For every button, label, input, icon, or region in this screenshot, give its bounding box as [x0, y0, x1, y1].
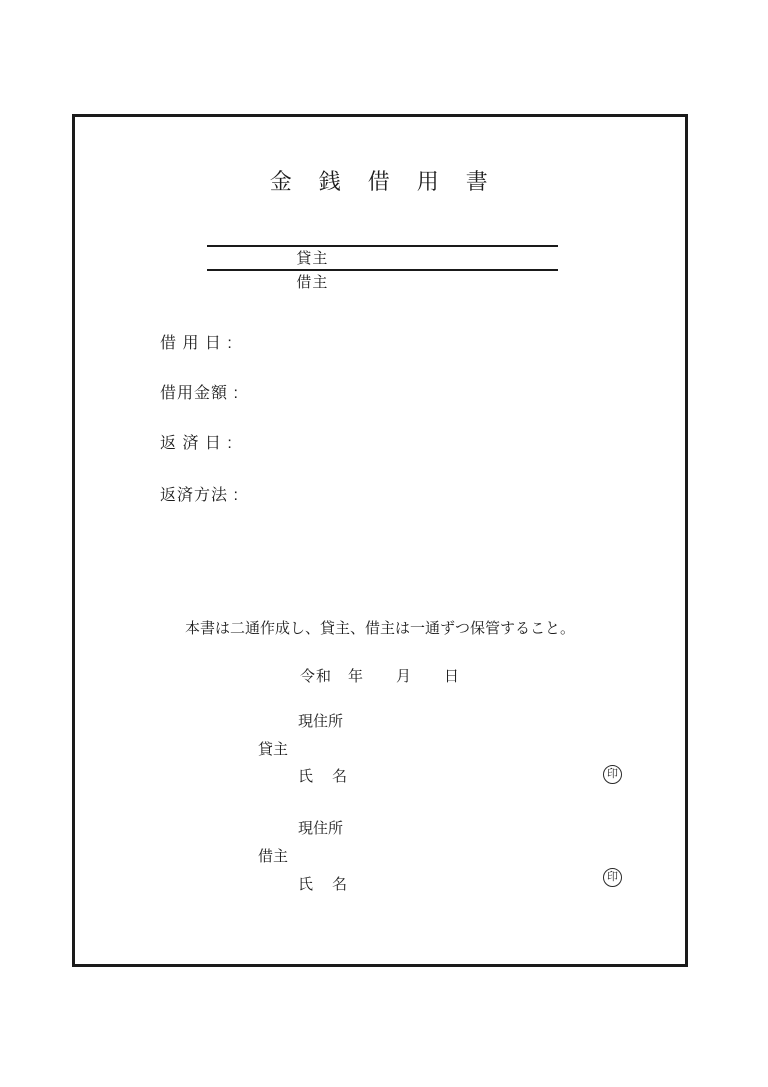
- document-page: 金 銭 借 用 書 貸主 借主 借 用 日 : 借用金額 : 返 済 日 : 返…: [0, 0, 768, 1087]
- party-label-borrower: 借主: [296, 274, 328, 291]
- lender-role-label: 貸主: [258, 738, 288, 759]
- lender-seal-icon: 印: [603, 765, 622, 784]
- borrower-address-label: 現住所: [298, 817, 343, 838]
- field-repayment-date: 返 済 日 :: [160, 430, 233, 453]
- storage-note: 本書は二通作成し、貸主、借主は一通ずつ保管すること。: [75, 617, 685, 638]
- field-loan-date: 借 用 日 :: [160, 330, 233, 353]
- party-lines: 貸主 借主: [207, 223, 558, 271]
- date-line: 令和 年 月 日: [75, 665, 685, 686]
- borrower-name-label: 氏 名: [298, 873, 349, 894]
- document-frame: 金 銭 借 用 書 貸主 借主 借 用 日 : 借用金額 : 返 済 日 : 返…: [72, 114, 688, 967]
- borrower-seal-icon: 印: [603, 868, 622, 887]
- document-title: 金 銭 借 用 書: [75, 165, 685, 196]
- borrower-role-label: 借主: [258, 845, 288, 866]
- lender-address-label: 現住所: [298, 710, 343, 731]
- lender-name-label: 氏 名: [298, 765, 349, 786]
- field-repayment-method: 返済方法 :: [160, 482, 239, 505]
- party-row-lender: 貸主: [207, 223, 558, 247]
- field-loan-amount: 借用金額 :: [160, 380, 239, 403]
- party-label-lender: 貸主: [296, 250, 328, 267]
